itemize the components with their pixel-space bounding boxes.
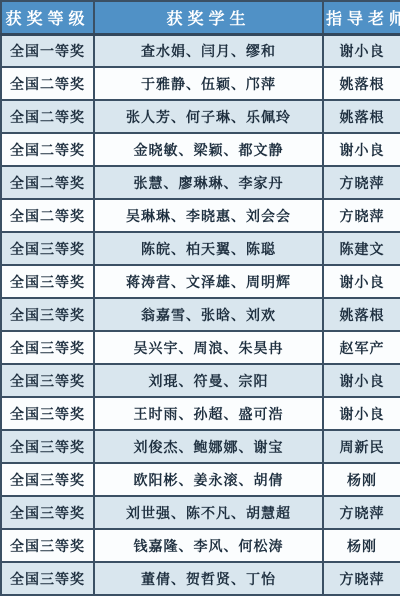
award-level-cell: 全国三等奖 xyxy=(1,430,94,463)
teacher-cell: 陈建文 xyxy=(323,232,400,265)
teacher-cell: 谢小良 xyxy=(323,133,400,166)
teacher-cell: 方晓萍 xyxy=(323,496,400,529)
table-row: 全国二等奖 于雅静、伍颖、邝萍 姚落根 xyxy=(1,67,400,100)
students-cell: 张人芳、何子琳、乐佩玲 xyxy=(94,100,323,133)
students-cell: 金晓敏、梁颖、都文静 xyxy=(94,133,323,166)
teacher-cell: 谢小良 xyxy=(323,364,400,397)
students-cell: 董倩、贺哲贤、丁怡 xyxy=(94,562,323,595)
teacher-cell: 杨刚 xyxy=(323,529,400,562)
table-row: 全国三等奖 蒋涛营、文泽雄、周明辉 谢小良 xyxy=(1,265,400,298)
table-row: 全国三等奖 欧阳彬、姜永滚、胡倩 杨刚 xyxy=(1,463,400,496)
award-level-cell: 全国三等奖 xyxy=(1,364,94,397)
students-cell: 查水娟、闫月、缪和 xyxy=(94,34,323,67)
teacher-cell: 姚落根 xyxy=(323,298,400,331)
table-row: 全国三等奖 王时雨、孙超、盛可浩 谢小良 xyxy=(1,397,400,430)
teacher-cell: 姚落根 xyxy=(323,67,400,100)
awards-table-body: 全国一等奖 查水娟、闫月、缪和 谢小良 全国二等奖 于雅静、伍颖、邝萍 姚落根 … xyxy=(1,34,400,595)
table-row: 全国三等奖 钱嘉隆、李风、何松涛 杨刚 xyxy=(1,529,400,562)
teacher-cell: 周新民 xyxy=(323,430,400,463)
teacher-cell: 方晓萍 xyxy=(323,166,400,199)
award-level-cell: 全国二等奖 xyxy=(1,166,94,199)
students-cell: 于雅静、伍颖、邝萍 xyxy=(94,67,323,100)
award-level-cell: 全国三等奖 xyxy=(1,232,94,265)
table-row: 全国二等奖 金晓敏、梁颖、都文静 谢小良 xyxy=(1,133,400,166)
header-awarded-students: 获奖学生 xyxy=(94,1,323,34)
award-level-cell: 全国三等奖 xyxy=(1,463,94,496)
award-level-cell: 全国三等奖 xyxy=(1,529,94,562)
teacher-cell: 方晓萍 xyxy=(323,199,400,232)
table-row: 全国三等奖 陈皖、柏天翼、陈聪 陈建文 xyxy=(1,232,400,265)
table-row: 全国二等奖 张人芳、何子琳、乐佩玲 姚落根 xyxy=(1,100,400,133)
table-row: 全国一等奖 查水娟、闫月、缪和 谢小良 xyxy=(1,34,400,67)
students-cell: 吴兴宇、周浪、朱昊冉 xyxy=(94,331,323,364)
table-row: 全国三等奖 刘琨、符曼、宗阳 谢小良 xyxy=(1,364,400,397)
students-cell: 蒋涛营、文泽雄、周明辉 xyxy=(94,265,323,298)
students-cell: 欧阳彬、姜永滚、胡倩 xyxy=(94,463,323,496)
teacher-cell: 谢小良 xyxy=(323,397,400,430)
students-cell: 刘世强、陈不凡、胡慧超 xyxy=(94,496,323,529)
header-row: 获奖等级 获奖学生 指导老师 xyxy=(1,1,400,34)
students-cell: 刘俊杰、鲍娜娜、谢宝 xyxy=(94,430,323,463)
header-award-level: 获奖等级 xyxy=(1,1,94,34)
award-level-cell: 全国二等奖 xyxy=(1,67,94,100)
students-cell: 王时雨、孙超、盛可浩 xyxy=(94,397,323,430)
table-row: 全国二等奖 吴琳琳、李晓惠、刘会会 方晓萍 xyxy=(1,199,400,232)
award-level-cell: 全国三等奖 xyxy=(1,298,94,331)
students-cell: 吴琳琳、李晓惠、刘会会 xyxy=(94,199,323,232)
table-row: 全国三等奖 刘世强、陈不凡、胡慧超 方晓萍 xyxy=(1,496,400,529)
award-level-cell: 全国三等奖 xyxy=(1,331,94,364)
award-level-cell: 全国三等奖 xyxy=(1,397,94,430)
award-level-cell: 全国二等奖 xyxy=(1,100,94,133)
table-row: 全国二等奖 张慧、廖琳琳、李家丹 方晓萍 xyxy=(1,166,400,199)
students-cell: 刘琨、符曼、宗阳 xyxy=(94,364,323,397)
table-row: 全国三等奖 翁嘉雪、张晗、刘欢 姚落根 xyxy=(1,298,400,331)
students-cell: 陈皖、柏天翼、陈聪 xyxy=(94,232,323,265)
teacher-cell: 谢小良 xyxy=(323,265,400,298)
awards-table-header: 获奖等级 获奖学生 指导老师 xyxy=(1,1,400,34)
table-row: 全国三等奖 董倩、贺哲贤、丁怡 方晓萍 xyxy=(1,562,400,595)
students-cell: 钱嘉隆、李风、何松涛 xyxy=(94,529,323,562)
teacher-cell: 赵军产 xyxy=(323,331,400,364)
students-cell: 张慧、廖琳琳、李家丹 xyxy=(94,166,323,199)
award-level-cell: 全国三等奖 xyxy=(1,562,94,595)
table-row: 全国三等奖 吴兴宇、周浪、朱昊冉 赵军产 xyxy=(1,331,400,364)
teacher-cell: 杨刚 xyxy=(323,463,400,496)
students-cell: 翁嘉雪、张晗、刘欢 xyxy=(94,298,323,331)
header-advising-teacher: 指导老师 xyxy=(323,1,400,34)
award-level-cell: 全国三等奖 xyxy=(1,496,94,529)
award-level-cell: 全国三等奖 xyxy=(1,265,94,298)
award-level-cell: 全国一等奖 xyxy=(1,34,94,67)
awards-table: 获奖等级 获奖学生 指导老师 全国一等奖 查水娟、闫月、缪和 谢小良 全国二等奖… xyxy=(0,0,400,596)
award-level-cell: 全国二等奖 xyxy=(1,133,94,166)
teacher-cell: 谢小良 xyxy=(323,34,400,67)
award-level-cell: 全国二等奖 xyxy=(1,199,94,232)
teacher-cell: 姚落根 xyxy=(323,100,400,133)
table-row: 全国三等奖 刘俊杰、鲍娜娜、谢宝 周新民 xyxy=(1,430,400,463)
teacher-cell: 方晓萍 xyxy=(323,562,400,595)
